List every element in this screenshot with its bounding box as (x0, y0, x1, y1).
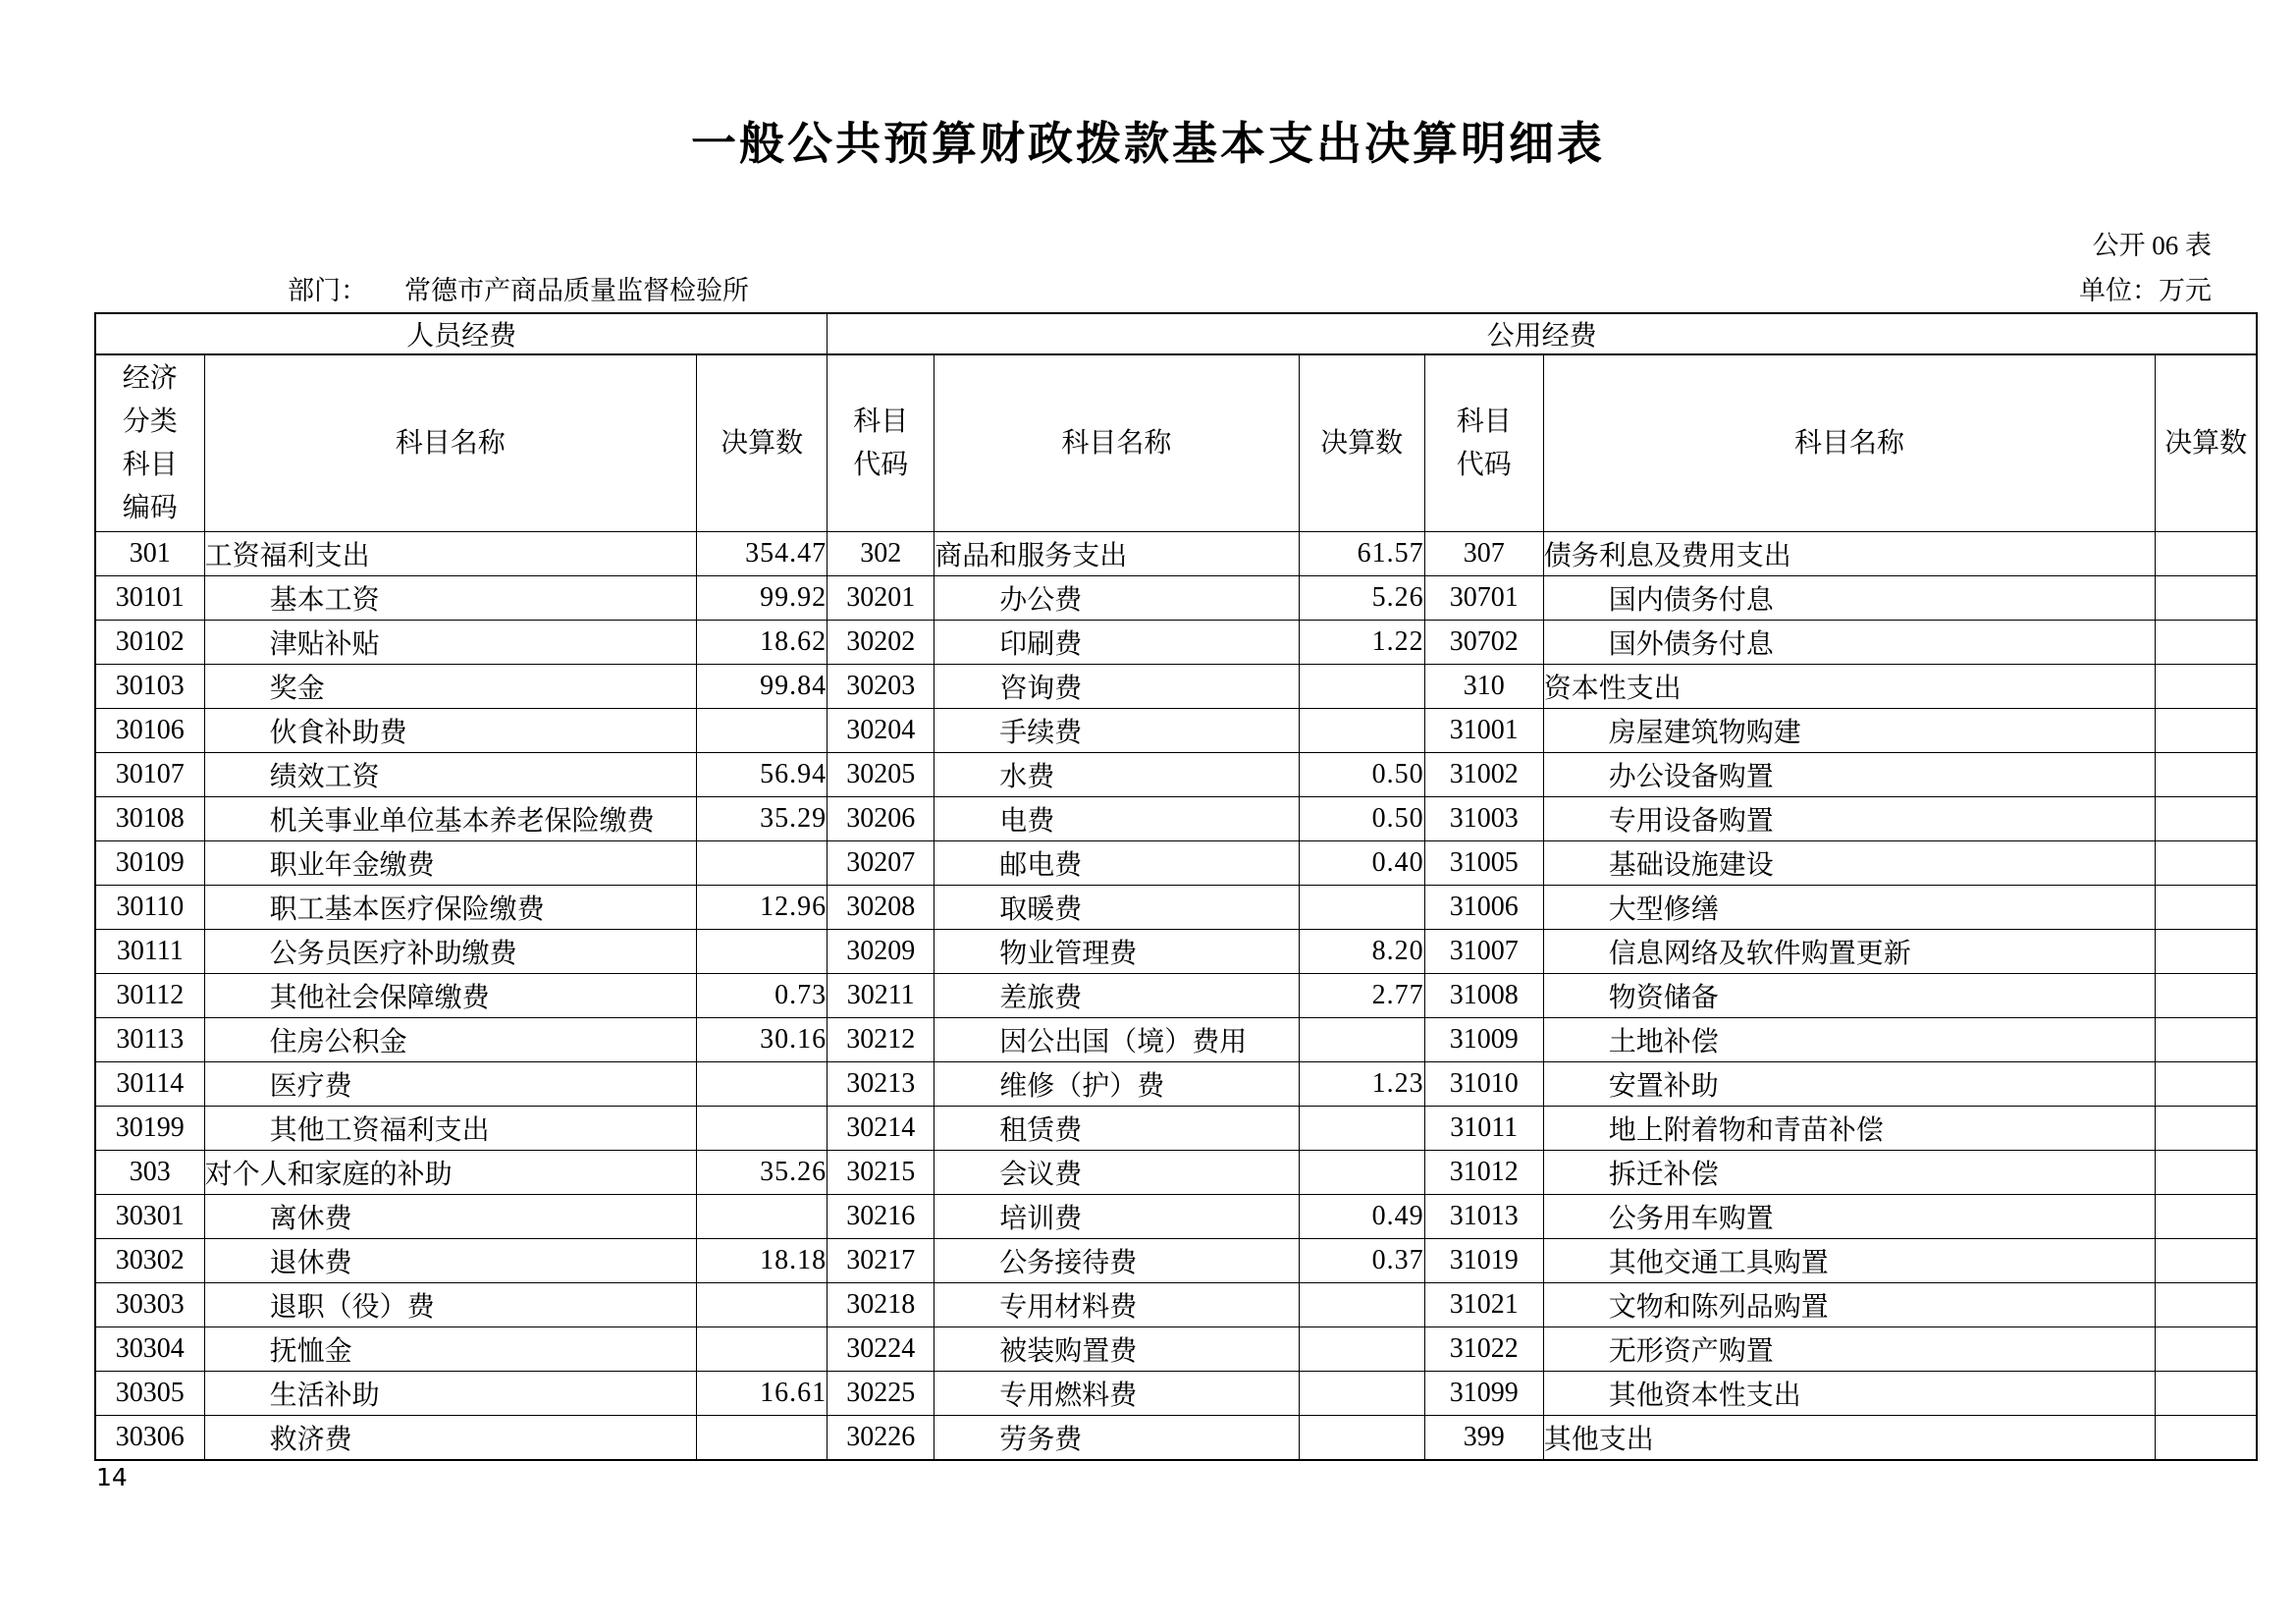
amount-cell (2156, 1107, 2257, 1151)
code-cell: 301 (95, 532, 204, 576)
amount-cell (1299, 1372, 1424, 1416)
amount-cell: 16.61 (697, 1372, 828, 1416)
amount-cell: 0.37 (1299, 1239, 1424, 1283)
code-cell: 31001 (1424, 709, 1543, 753)
amount-cell (1299, 665, 1424, 709)
subject-name-cell: 地上附着物和青苗补偿 (1543, 1107, 2156, 1151)
code-cell: 30216 (828, 1195, 934, 1239)
subject-name-cell: 办公设备购置 (1543, 753, 2156, 797)
code-cell: 31005 (1424, 841, 1543, 886)
code-cell: 30113 (95, 1018, 204, 1062)
code-cell: 31003 (1424, 797, 1543, 841)
code-cell: 30110 (95, 886, 204, 930)
code-cell: 30701 (1424, 576, 1543, 621)
column-header-row: 经济 分类 科目 编码 科目名称 决算数 科目 代码 科目名称 决算数 科目 代… (95, 354, 2257, 532)
amount-cell: 30.16 (697, 1018, 828, 1062)
subject-name-cell: 土地补偿 (1543, 1018, 2156, 1062)
amount-cell (2156, 753, 2257, 797)
code-cell: 30215 (828, 1151, 934, 1195)
budget-detail-table: 人员经费 公用经费 经济 分类 科目 编码 科目名称 决算数 科目 代码 科目名… (94, 312, 2258, 1461)
amount-cell: 1.23 (1299, 1062, 1424, 1107)
amount-cell (1299, 1107, 1424, 1151)
code-cell: 31019 (1424, 1239, 1543, 1283)
amount-cell (1299, 1151, 1424, 1195)
amount-cell (697, 1062, 828, 1107)
subject-name-cell: 公务用车购置 (1543, 1195, 2156, 1239)
subject-name-cell: 津贴补贴 (204, 621, 696, 665)
subject-name-cell: 其他支出 (1543, 1416, 2156, 1460)
code-cell: 307 (1424, 532, 1543, 576)
subject-name-cell: 对个人和家庭的补助 (204, 1151, 696, 1195)
amount-cell (2156, 797, 2257, 841)
subject-name-cell: 工资福利支出 (204, 532, 696, 576)
code-cell: 30304 (95, 1327, 204, 1372)
code-cell: 30301 (95, 1195, 204, 1239)
amount-cell: 0.50 (1299, 753, 1424, 797)
amount-cell: 0.49 (1299, 1195, 1424, 1239)
code-cell: 31011 (1424, 1107, 1543, 1151)
code-cell: 30211 (828, 974, 934, 1018)
column-header-subject-name-2: 科目名称 (934, 354, 1299, 532)
subject-name-cell: 职业年金缴费 (204, 841, 696, 886)
code-cell: 30208 (828, 886, 934, 930)
code-cell: 30205 (828, 753, 934, 797)
amount-cell: 18.62 (697, 621, 828, 665)
amount-cell (1299, 1018, 1424, 1062)
amount-cell: 12.96 (697, 886, 828, 930)
subject-name-cell: 物业管理费 (934, 930, 1299, 974)
amount-cell (2156, 576, 2257, 621)
amount-cell: 5.26 (1299, 576, 1424, 621)
table-row: 30109职业年金缴费30207邮电费0.4031005基础设施建设 (95, 841, 2257, 886)
code-cell: 30106 (95, 709, 204, 753)
amount-cell (1299, 1327, 1424, 1372)
amount-cell (2156, 886, 2257, 930)
amount-cell (2156, 930, 2257, 974)
subject-name-cell: 劳务费 (934, 1416, 1299, 1460)
code-cell: 31010 (1424, 1062, 1543, 1107)
amount-cell: 56.94 (697, 753, 828, 797)
subject-name-cell: 水费 (934, 753, 1299, 797)
amount-cell (2156, 1327, 2257, 1372)
table-body: 301工资福利支出354.47302商品和服务支出61.57307债务利息及费用… (95, 532, 2257, 1460)
table-row: 30101基本工资99.9230201办公费5.2630701国内债务付息 (95, 576, 2257, 621)
amount-cell: 2.77 (1299, 974, 1424, 1018)
code-cell: 31012 (1424, 1151, 1543, 1195)
code-cell: 30111 (95, 930, 204, 974)
amount-cell (2156, 1151, 2257, 1195)
column-header-economic-code: 经济 分类 科目 编码 (95, 354, 204, 532)
code-cell: 30213 (828, 1062, 934, 1107)
code-cell: 30226 (828, 1416, 934, 1460)
subject-name-cell: 培训费 (934, 1195, 1299, 1239)
code-cell: 30202 (828, 621, 934, 665)
amount-cell (2156, 621, 2257, 665)
code-cell: 30306 (95, 1416, 204, 1460)
amount-cell: 99.92 (697, 576, 828, 621)
page-title: 一般公共预算财政拨款基本支出决算明细表 (0, 108, 2296, 173)
code-cell: 399 (1424, 1416, 1543, 1460)
table-row: 30303退职（役）费30218专用材料费31021文物和陈列品购置 (95, 1283, 2257, 1327)
amount-cell: 35.29 (697, 797, 828, 841)
code-cell: 30109 (95, 841, 204, 886)
code-cell: 30214 (828, 1107, 934, 1151)
subject-name-cell: 印刷费 (934, 621, 1299, 665)
code-cell: 30101 (95, 576, 204, 621)
table-row: 30113住房公积金30.1630212因公出国（境）费用31009土地补偿 (95, 1018, 2257, 1062)
code-cell: 303 (95, 1151, 204, 1195)
code-cell: 310 (1424, 665, 1543, 709)
subject-name-cell: 文物和陈列品购置 (1543, 1283, 2156, 1327)
table-row: 30302退休费18.1830217公务接待费0.3731019其他交通工具购置 (95, 1239, 2257, 1283)
code-cell: 30114 (95, 1062, 204, 1107)
subject-name-cell: 医疗费 (204, 1062, 696, 1107)
amount-cell (1299, 1283, 1424, 1327)
subject-name-cell: 大型修缮 (1543, 886, 2156, 930)
subject-name-cell: 因公出国（境）费用 (934, 1018, 1299, 1062)
subject-name-cell: 基本工资 (204, 576, 696, 621)
subject-name-cell: 基础设施建设 (1543, 841, 2156, 886)
amount-cell: 0.73 (697, 974, 828, 1018)
code-cell: 30206 (828, 797, 934, 841)
code-cell: 30102 (95, 621, 204, 665)
subject-name-cell: 退休费 (204, 1239, 696, 1283)
code-cell: 30218 (828, 1283, 934, 1327)
code-cell: 30217 (828, 1239, 934, 1283)
subject-name-cell: 生活补助 (204, 1372, 696, 1416)
amount-cell: 354.47 (697, 532, 828, 576)
table-row: 30110职工基本医疗保险缴费12.9630208取暖费31006大型修缮 (95, 886, 2257, 930)
subject-name-cell: 其他交通工具购置 (1543, 1239, 2156, 1283)
table-row: 30103奖金99.8430203咨询费310资本性支出 (95, 665, 2257, 709)
subject-name-cell: 绩效工资 (204, 753, 696, 797)
amount-cell (697, 1283, 828, 1327)
document-page: 一般公共预算财政拨款基本支出决算明细表 公开 06 表 部门：常德市产商品质量监… (0, 0, 2296, 1624)
column-header-subject-code-3: 科目 代码 (1424, 354, 1543, 532)
unit-line: 单位：万元 (2079, 269, 2212, 307)
subject-name-cell: 专用设备购置 (1543, 797, 2156, 841)
subject-name-cell: 房屋建筑物购建 (1543, 709, 2156, 753)
table-row: 30306救济费30226劳务费399其他支出 (95, 1416, 2257, 1460)
subject-name-cell: 维修（护）费 (934, 1062, 1299, 1107)
subject-name-cell: 债务利息及费用支出 (1543, 532, 2156, 576)
subject-name-cell: 住房公积金 (204, 1018, 696, 1062)
code-cell: 31021 (1424, 1283, 1543, 1327)
amount-cell: 1.22 (1299, 621, 1424, 665)
code-cell: 30212 (828, 1018, 934, 1062)
code-cell: 30302 (95, 1239, 204, 1283)
subject-name-cell: 其他资本性支出 (1543, 1372, 2156, 1416)
code-cell: 30112 (95, 974, 204, 1018)
amount-cell (697, 709, 828, 753)
subject-name-cell: 会议费 (934, 1151, 1299, 1195)
code-cell: 31008 (1424, 974, 1543, 1018)
column-header-final-amount-1: 决算数 (697, 354, 828, 532)
group-header-public: 公用经费 (828, 313, 2257, 354)
code-cell: 30201 (828, 576, 934, 621)
amount-cell (2156, 1239, 2257, 1283)
amount-cell: 61.57 (1299, 532, 1424, 576)
code-cell: 30108 (95, 797, 204, 841)
code-cell: 30209 (828, 930, 934, 974)
subject-name-cell: 电费 (934, 797, 1299, 841)
amount-cell (697, 1327, 828, 1372)
amount-cell (2156, 841, 2257, 886)
subject-name-cell: 租赁费 (934, 1107, 1299, 1151)
code-cell: 31022 (1424, 1327, 1543, 1372)
column-header-final-amount-3: 决算数 (2156, 354, 2257, 532)
subject-name-cell: 公务接待费 (934, 1239, 1299, 1283)
code-cell: 30303 (95, 1283, 204, 1327)
amount-cell (2156, 665, 2257, 709)
subject-name-cell: 办公费 (934, 576, 1299, 621)
unit-value: 万元 (2159, 276, 2212, 305)
amount-cell: 99.84 (697, 665, 828, 709)
subject-name-cell: 手续费 (934, 709, 1299, 753)
subject-name-cell: 物资储备 (1543, 974, 2156, 1018)
table-row: 30108机关事业单位基本养老保险缴费35.2930206电费0.5031003… (95, 797, 2257, 841)
subject-name-cell: 无形资产购置 (1543, 1327, 2156, 1372)
subject-name-cell: 其他社会保障缴费 (204, 974, 696, 1018)
amount-cell (2156, 1283, 2257, 1327)
code-cell: 30305 (95, 1372, 204, 1416)
code-cell: 30103 (95, 665, 204, 709)
subject-name-cell: 奖金 (204, 665, 696, 709)
table-row: 30102津贴补贴18.6230202印刷费1.2230702国外债务付息 (95, 621, 2257, 665)
subject-name-cell: 商品和服务支出 (934, 532, 1299, 576)
amount-cell (2156, 974, 2257, 1018)
amount-cell (697, 930, 828, 974)
amount-cell: 0.50 (1299, 797, 1424, 841)
code-cell: 302 (828, 532, 934, 576)
subject-name-cell: 抚恤金 (204, 1327, 696, 1372)
subject-name-cell: 差旅费 (934, 974, 1299, 1018)
subject-name-cell: 职工基本医疗保险缴费 (204, 886, 696, 930)
subject-name-cell: 资本性支出 (1543, 665, 2156, 709)
subject-name-cell: 邮电费 (934, 841, 1299, 886)
subject-name-cell: 安置补助 (1543, 1062, 2156, 1107)
code-cell: 30224 (828, 1327, 934, 1372)
subject-name-cell: 其他工资福利支出 (204, 1107, 696, 1151)
form-number-label: 公开 06 表 (2093, 224, 2213, 262)
amount-cell (2156, 1195, 2257, 1239)
amount-cell: 18.18 (697, 1239, 828, 1283)
code-cell: 30107 (95, 753, 204, 797)
subject-name-cell: 公务员医疗补助缴费 (204, 930, 696, 974)
table-row: 30107绩效工资56.9430205水费0.5031002办公设备购置 (95, 753, 2257, 797)
department-label: 部门： (288, 276, 367, 305)
department-line: 部门：常德市产商品质量监督检验所 (288, 269, 749, 307)
subject-name-cell: 咨询费 (934, 665, 1299, 709)
table-row: 30114医疗费30213维修（护）费1.2331010安置补助 (95, 1062, 2257, 1107)
code-cell: 31013 (1424, 1195, 1543, 1239)
amount-cell (1299, 709, 1424, 753)
code-cell: 30207 (828, 841, 934, 886)
amount-cell (1299, 886, 1424, 930)
code-cell: 30204 (828, 709, 934, 753)
subject-name-cell: 离休费 (204, 1195, 696, 1239)
subject-name-cell: 信息网络及软件购置更新 (1543, 930, 2156, 974)
code-cell: 31009 (1424, 1018, 1543, 1062)
code-cell: 31006 (1424, 886, 1543, 930)
unit-label: 单位： (2079, 276, 2159, 305)
subject-name-cell: 机关事业单位基本养老保险缴费 (204, 797, 696, 841)
amount-cell (697, 1416, 828, 1460)
table-row: 30199其他工资福利支出30214租赁费31011地上附着物和青苗补偿 (95, 1107, 2257, 1151)
amount-cell (697, 841, 828, 886)
subject-name-cell: 国内债务付息 (1543, 576, 2156, 621)
table-row: 30112其他社会保障缴费0.7330211差旅费2.7731008物资储备 (95, 974, 2257, 1018)
table-row: 30304抚恤金30224被装购置费31022无形资产购置 (95, 1327, 2257, 1372)
department-name: 常德市产商品质量监督检验所 (404, 276, 749, 305)
code-cell: 30702 (1424, 621, 1543, 665)
amount-cell (697, 1195, 828, 1239)
subject-name-cell: 退职（役）费 (204, 1283, 696, 1327)
amount-cell (2156, 709, 2257, 753)
group-header-personnel: 人员经费 (95, 313, 828, 354)
group-header-row: 人员经费 公用经费 (95, 313, 2257, 354)
table-row: 30106伙食补助费30204手续费31001房屋建筑物购建 (95, 709, 2257, 753)
table-row: 303对个人和家庭的补助35.2630215会议费31012拆迁补偿 (95, 1151, 2257, 1195)
table-row: 301工资福利支出354.47302商品和服务支出61.57307债务利息及费用… (95, 532, 2257, 576)
column-header-subject-code-2: 科目 代码 (828, 354, 934, 532)
code-cell: 30199 (95, 1107, 204, 1151)
code-cell: 31007 (1424, 930, 1543, 974)
subject-name-cell: 被装购置费 (934, 1327, 1299, 1372)
subject-name-cell: 国外债务付息 (1543, 621, 2156, 665)
column-header-subject-name-1: 科目名称 (204, 354, 696, 532)
page-number: 14 (96, 1463, 128, 1491)
amount-cell (697, 1107, 828, 1151)
table-row: 30111公务员医疗补助缴费30209物业管理费8.2031007信息网络及软件… (95, 930, 2257, 974)
subject-name-cell: 取暖费 (934, 886, 1299, 930)
table-row: 30305生活补助16.6130225专用燃料费31099其他资本性支出 (95, 1372, 2257, 1416)
amount-cell: 35.26 (697, 1151, 828, 1195)
amount-cell (2156, 1062, 2257, 1107)
amount-cell: 8.20 (1299, 930, 1424, 974)
subject-name-cell: 拆迁补偿 (1543, 1151, 2156, 1195)
column-header-subject-name-3: 科目名称 (1543, 354, 2156, 532)
amount-cell: 0.40 (1299, 841, 1424, 886)
subject-name-cell: 专用燃料费 (934, 1372, 1299, 1416)
table-row: 30301离休费30216培训费0.4931013公务用车购置 (95, 1195, 2257, 1239)
amount-cell (2156, 1416, 2257, 1460)
code-cell: 30225 (828, 1372, 934, 1416)
subject-name-cell: 伙食补助费 (204, 709, 696, 753)
subject-name-cell: 专用材料费 (934, 1283, 1299, 1327)
amount-cell (2156, 1372, 2257, 1416)
amount-cell (2156, 532, 2257, 576)
subject-name-cell: 救济费 (204, 1416, 696, 1460)
code-cell: 31099 (1424, 1372, 1543, 1416)
amount-cell (1299, 1416, 1424, 1460)
amount-cell (2156, 1018, 2257, 1062)
code-cell: 30203 (828, 665, 934, 709)
column-header-final-amount-2: 决算数 (1299, 354, 1424, 532)
code-cell: 31002 (1424, 753, 1543, 797)
